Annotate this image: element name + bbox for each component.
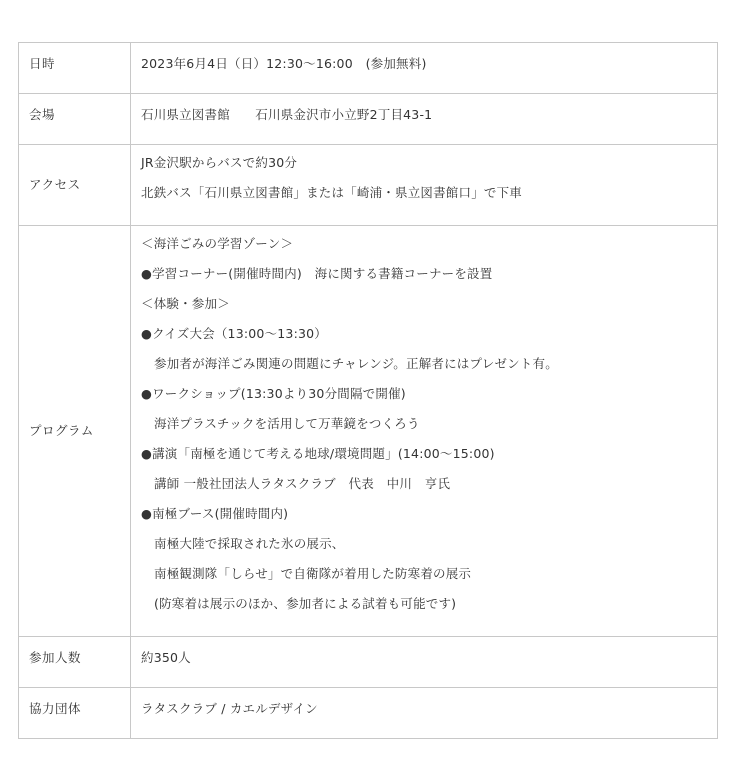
- value-cell: 2023年6月4日（日）12:30～16:00 (参加無料): [131, 43, 718, 94]
- row-label: 会場: [29, 105, 120, 125]
- venue-text: 石川県立図書館 石川県金沢市小立野2丁目43-1: [141, 105, 707, 125]
- table-row-datetime: 日時 2023年6月4日（日）12:30～16:00 (参加無料): [19, 43, 718, 94]
- table-row-participants: 参加人数 約350人: [19, 637, 718, 688]
- row-label: プログラム: [29, 421, 120, 441]
- row-label: アクセス: [29, 175, 120, 195]
- cooperating-organizations: ラタスクラブ / カエルデザイン: [141, 699, 707, 719]
- table-row-program: プログラム ＜海洋ごみの学習ゾーン＞ ●学習コーナー(開催時間内) 海に関する書…: [19, 226, 718, 637]
- access-line: JR金沢駅からバスで約30分: [141, 153, 707, 173]
- label-cell: 参加人数: [19, 637, 131, 688]
- row-label: 参加人数: [29, 648, 120, 668]
- label-cell: 協力団体: [19, 688, 131, 739]
- program-item-detail: (防寒着は展示のほか、参加者による試着も可能です): [141, 594, 707, 614]
- program-item: ●講演「南極を通じて考える地球/環境問題」(14:00～15:00): [141, 444, 707, 464]
- label-cell: 会場: [19, 94, 131, 145]
- program-section-heading: ＜体験・参加＞: [141, 294, 707, 314]
- program-item-detail: 海洋プラスチックを活用して万華鏡をつくろう: [141, 414, 707, 434]
- value-cell: JR金沢駅からバスで約30分 北鉄バス「石川県立図書館」または「崎浦・県立図書館…: [131, 145, 718, 226]
- program-item: ●南極ブース(開催時間内): [141, 504, 707, 524]
- row-label: 協力団体: [29, 699, 120, 719]
- value-cell: ＜海洋ごみの学習ゾーン＞ ●学習コーナー(開催時間内) 海に関する書籍コーナーを…: [131, 226, 718, 637]
- table-row-access: アクセス JR金沢駅からバスで約30分 北鉄バス「石川県立図書館」または「崎浦・…: [19, 145, 718, 226]
- program-item: ●ワークショップ(13:30より30分間隔で開催): [141, 384, 707, 404]
- program-item-detail: 南極大陸で採取された氷の展示、: [141, 534, 707, 554]
- datetime-text: 2023年6月4日（日）12:30～16:00 (参加無料): [141, 54, 707, 74]
- value-cell: 石川県立図書館 石川県金沢市小立野2丁目43-1: [131, 94, 718, 145]
- program-item-detail: 講師 一般社団法人ラタスクラブ 代表 中川 亨氏: [141, 474, 707, 494]
- value-cell: 約350人: [131, 637, 718, 688]
- label-cell: 日時: [19, 43, 131, 94]
- access-line: 北鉄バス「石川県立図書館」または「崎浦・県立図書館口」で下車: [141, 183, 707, 203]
- value-cell: ラタスクラブ / カエルデザイン: [131, 688, 718, 739]
- table-row-venue: 会場 石川県立図書館 石川県金沢市小立野2丁目43-1: [19, 94, 718, 145]
- participants-count: 約350人: [141, 648, 707, 668]
- table-row-cooperation: 協力団体 ラタスクラブ / カエルデザイン: [19, 688, 718, 739]
- label-cell: プログラム: [19, 226, 131, 637]
- program-item: ●クイズ大会（13:00～13:30）: [141, 324, 707, 344]
- program-item-detail: 参加者が海洋ごみ関連の問題にチャレンジ。正解者にはプレゼント有。: [141, 354, 707, 374]
- row-label: 日時: [29, 54, 120, 74]
- program-item: ●学習コーナー(開催時間内) 海に関する書籍コーナーを設置: [141, 264, 707, 284]
- event-info-table: 日時 2023年6月4日（日）12:30～16:00 (参加無料) 会場 石川県…: [18, 42, 718, 739]
- program-item-detail: 南極観測隊「しらせ」で自衛隊が着用した防寒着の展示: [141, 564, 707, 584]
- label-cell: アクセス: [19, 145, 131, 226]
- program-section-heading: ＜海洋ごみの学習ゾーン＞: [141, 234, 707, 254]
